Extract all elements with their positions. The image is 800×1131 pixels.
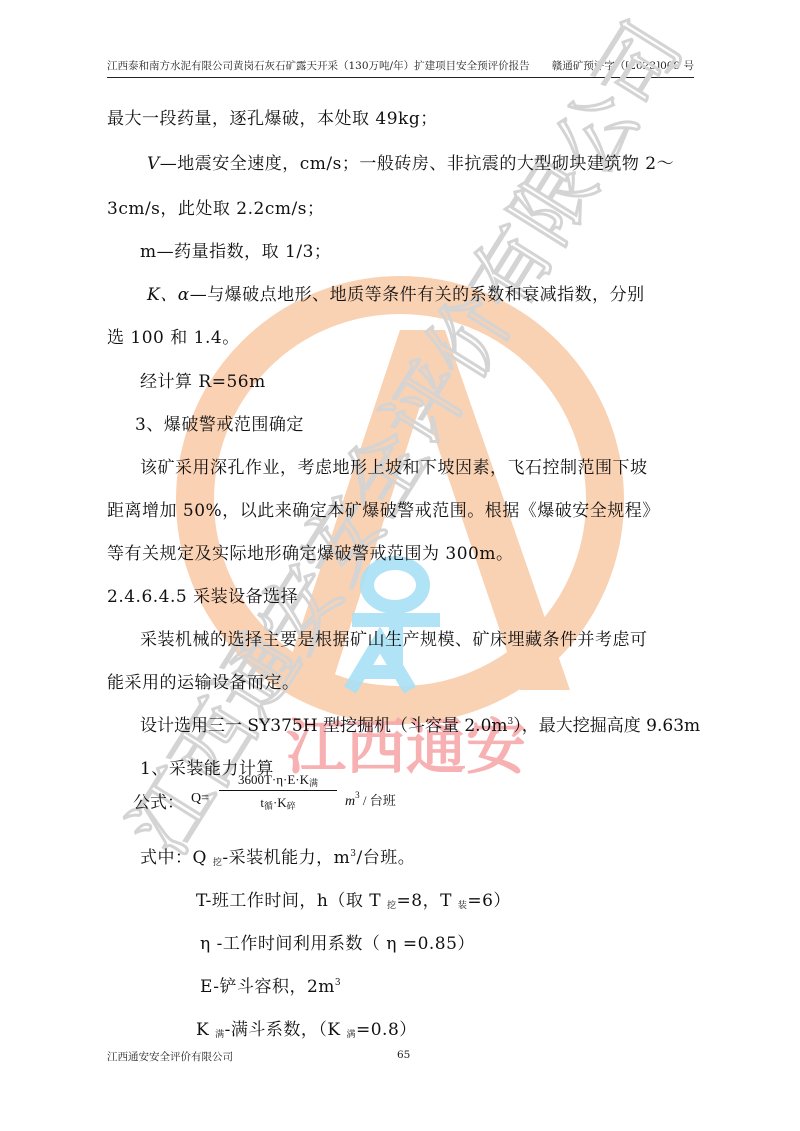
document-page: 江西泰和南方水泥有限公司黄岗石灰石矿露天开采（130万吨/年）扩建项目安全预评价… [0, 0, 800, 1131]
definition-line: E-铲斗容积，2m3 [200, 972, 341, 997]
body-line: 选 100 和 1.4。 [107, 323, 240, 348]
formula-numerator: 3600T·η·E·K满 [219, 770, 337, 791]
definition-line: T-班工作时间，h（取 T 挖=8，T 装=6） [196, 886, 511, 911]
footer-company: 江西通安安全评价有限公司 [107, 1049, 233, 1064]
formula-label: 公式： [133, 788, 184, 813]
body-line: 采装机械的选择主要是根据矿山生产规模、矿床埋藏条件并考虑可 [140, 625, 648, 650]
formula-lhs: Q= [191, 791, 209, 807]
page-number: 65 [397, 1049, 410, 1061]
body-line: 能采用的运输设备而定。 [107, 668, 300, 693]
company-watermark-text: 江西通安安全评价有限公司 [112, 7, 700, 870]
definition-line: η -工作时间利用系数（ η =0.85） [200, 929, 475, 954]
formula-denominator: t循·K碎 [219, 791, 337, 813]
definition-line: K 满-满斗系数，（K 满=0.8） [196, 1015, 417, 1040]
body-line: 经计算 R=56m [140, 367, 266, 392]
page-header: 江西泰和南方水泥有限公司黄岗石灰石矿露天开采（130万吨/年）扩建项目安全预评价… [107, 55, 694, 78]
document-number: 赣通矿预评字（[2023]009 号 [552, 58, 694, 73]
body-line: 3cm/s，此处取 2.2cm/s； [107, 194, 324, 219]
body-line: 等有关规定及实际地形确定爆破警戒范围为 300m。 [107, 539, 513, 564]
section-heading: 2.4.6.4.5 采装设备选择 [107, 582, 298, 607]
formula-unit: m3 / 台班 [345, 790, 396, 810]
body-line: 设计选用三一 SY375H 型挖掘机（斗容量 2.0m3），最大挖掘高度 9.6… [140, 711, 700, 736]
body-line: 距离增加 50%，以此来确定本矿爆破警戒范围。根据《爆破安全规程》 [107, 496, 660, 521]
body-line: V—地震安全速度，cm/s；一般砖房、非抗震的大型砌块建筑物 2～ [147, 149, 674, 174]
body-line: K、α—与爆破点地形、地质等条件有关的系数和衰减指数，分别 [147, 280, 645, 305]
report-title: 江西泰和南方水泥有限公司黄岗石灰石矿露天开采（130万吨/年）扩建项目安全预评价… [107, 58, 530, 73]
body-line: 最大一段药量，逐孔爆破，本处取 49kg； [107, 104, 438, 129]
body-line: m—药量指数，取 1/3； [140, 237, 331, 262]
section-heading: 3、爆破警戒范围确定 [135, 410, 304, 435]
body-line: 该矿采用深孔作业，考虑地形上坡和下坡因素，飞石控制范围下坡 [140, 453, 648, 478]
formula-fraction: 3600T·η·E·K满 t循·K碎 [219, 770, 337, 813]
definition-line: 式中：Q 挖-采装机能力，m3/台班。 [140, 843, 415, 868]
